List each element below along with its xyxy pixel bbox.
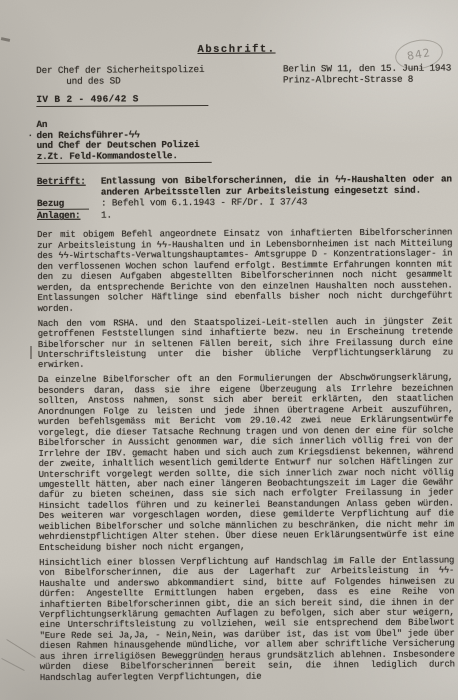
place-date-line: Berlin SW 11, den 15. Juni 1943 [283, 62, 451, 74]
enclosures-row: Anlagen: 1. [37, 208, 452, 222]
paragraph: Nach den vom RSHA. und den Staatspolizei… [38, 316, 453, 371]
scan-artifact [6, 639, 35, 658]
street-line: Prinz-Albrecht-Strasse 8 [283, 73, 451, 85]
scan-artifact [30, 346, 32, 359]
margin-dot-artifact: · [28, 130, 34, 141]
sender-line: Der Chef der Sicherheitspolizei [36, 64, 204, 76]
subject-row: Betrifft: Entlassung von Bibelforscherin… [37, 173, 452, 198]
scan-artifact [1, 37, 10, 42]
address-line-underlined: z.Zt. Feld-Kommandostelle. [37, 151, 212, 164]
paragraph: Hinsichtlich einer blossen Verpflichtung… [39, 555, 455, 683]
recipient-address: · An den Reichsführer-ϟϟ und Chef der De… [36, 117, 451, 163]
document-page: 842 Abschrift. Der Chef der Sicherheitsp… [0, 0, 458, 700]
scanned-document: { "page": { "title": "Abschrift.", "penc… [0, 0, 458, 700]
document-content: Abschrift. Der Chef der Sicherheitspoliz… [36, 43, 455, 687]
enclosures-label: Anlagen: [37, 210, 101, 221]
document-title: Abschrift. [36, 44, 437, 57]
subject-text: Entlassung von Bibelforscherinnen, die i… [101, 173, 452, 197]
letter-body: Der mit obigem Befehl angeordnete Einsat… [37, 228, 455, 683]
file-reference: IV B 2 - 496/42 S [36, 93, 208, 107]
reference-label: Bezug [37, 197, 101, 210]
paragraph: Der mit obigem Befehl angeordnete Einsat… [37, 228, 453, 314]
paragraph: Da einzelne Bibelforscher oft an den For… [38, 373, 454, 553]
sender-block: Der Chef der Sicherheitspolizei und des … [36, 64, 204, 87]
sender-line: und des SD [36, 75, 204, 87]
subject-label: Betrifft: [37, 175, 101, 197]
date-block: Berlin SW 11, den 15. Juni 1943 Prinz-Al… [283, 62, 451, 85]
letterhead: Der Chef der Sicherheitspolizei und des … [36, 62, 451, 87]
enclosures-value: 1. [101, 208, 452, 221]
scan-artifact [1, 658, 24, 671]
